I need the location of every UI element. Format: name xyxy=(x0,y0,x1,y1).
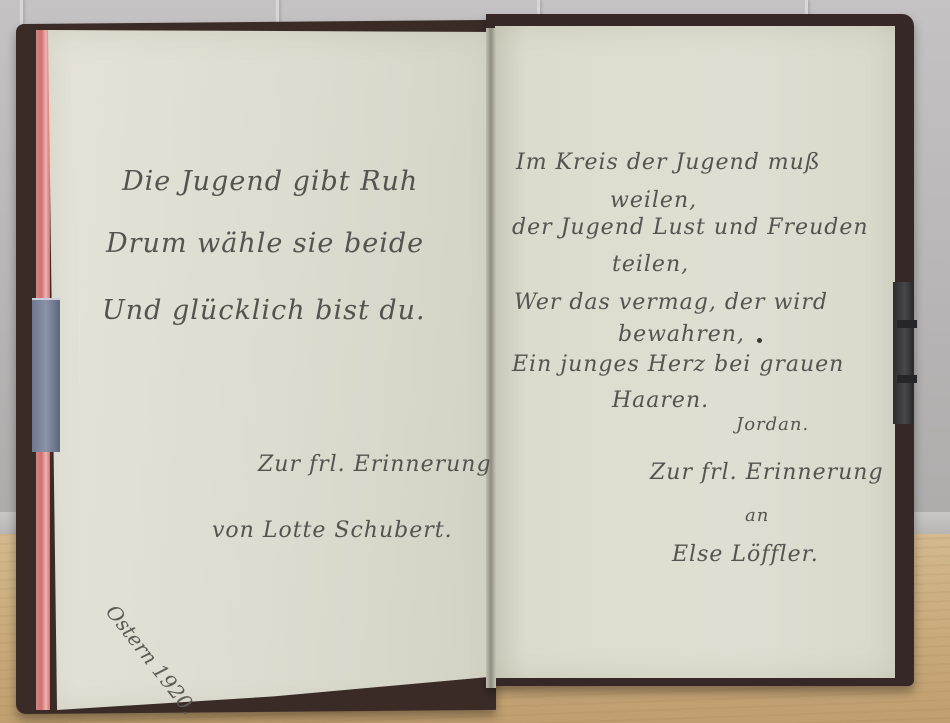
right-verse-line-5: Wer das vermag, der wird xyxy=(514,290,828,315)
right-verse-line-3: der Jugend Lust und Freuden xyxy=(512,215,869,240)
right-dedication-line-2: an xyxy=(745,505,769,526)
poem-author: Jordan. xyxy=(736,414,809,435)
right-verse-line-7: Ein junges Herz bei grauen xyxy=(512,352,844,377)
ink-dot xyxy=(757,338,762,343)
left-verse-line-1: Die Jugend gibt Ruh xyxy=(122,166,418,197)
clasp-tab-icon xyxy=(897,320,917,328)
left-verse-line-3: Und glücklich bist du. xyxy=(102,295,426,326)
right-verse-line-2: weilen, xyxy=(610,188,697,213)
right-verse-line-1: Im Kreis der Jugend muß xyxy=(516,150,821,175)
left-dedication-line-2: von Lotte Schubert. xyxy=(212,518,453,543)
right-verse-line-4: teilen, xyxy=(612,252,689,277)
clasp-left-icon xyxy=(32,298,60,452)
photo-scene: Die Jugend gibt Ruh Drum wähle sie beide… xyxy=(0,0,950,723)
right-verse-line-6: bewahren, xyxy=(618,322,745,347)
clasp-right-icon xyxy=(893,282,913,424)
right-dedication-line-3: Else Löffler. xyxy=(672,542,819,567)
left-dedication-line-1: Zur frl. Erinnerung xyxy=(258,452,492,477)
clasp-tab-icon xyxy=(897,375,917,383)
book-gutter xyxy=(486,28,496,688)
right-verse-line-8: Haaren. xyxy=(612,388,709,413)
left-verse-line-2: Drum wähle sie beide xyxy=(106,228,424,259)
right-dedication-line-1: Zur frl. Erinnerung xyxy=(650,460,884,485)
